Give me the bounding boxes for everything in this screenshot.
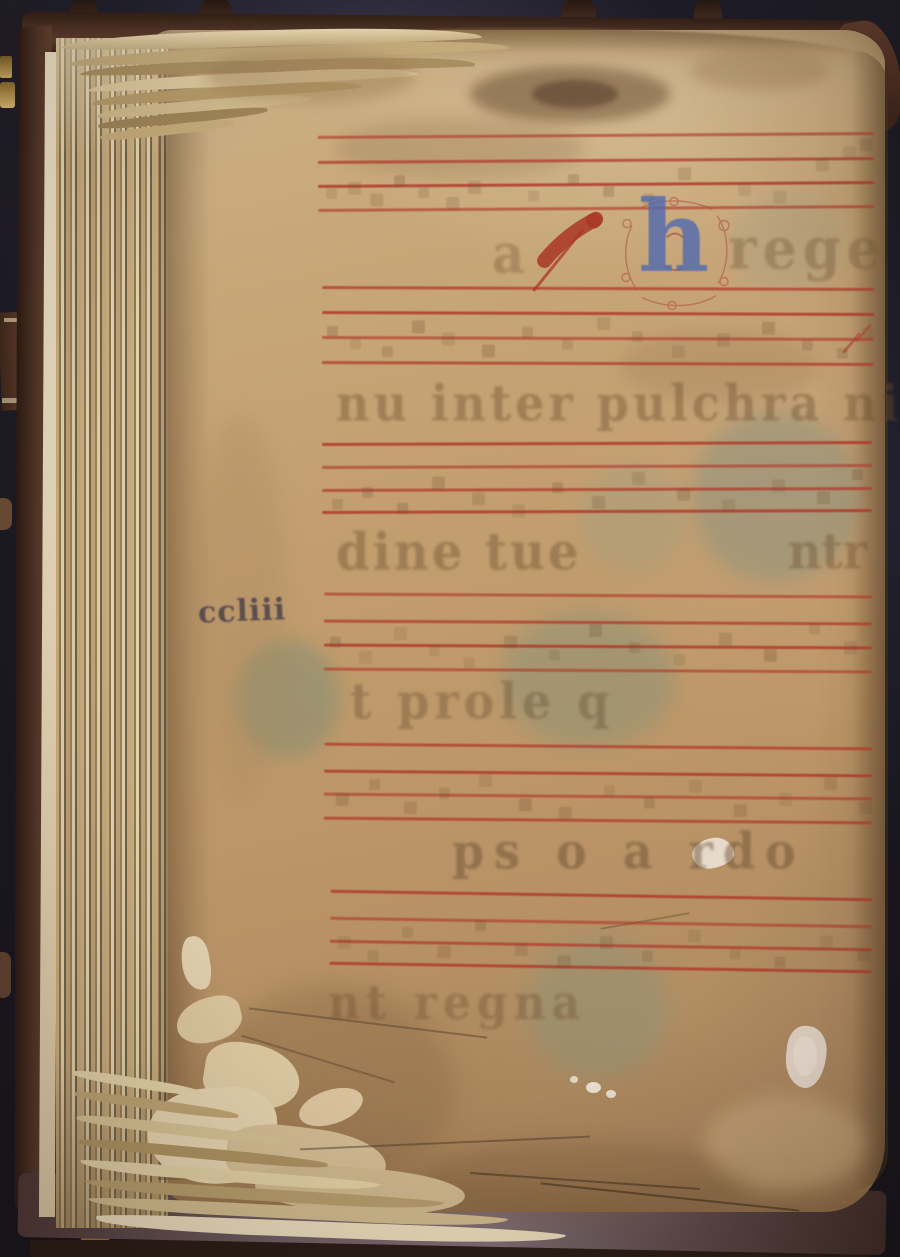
neume-note xyxy=(774,957,785,968)
staff-line xyxy=(322,336,874,341)
neume-note xyxy=(677,488,690,501)
neume-note xyxy=(817,491,830,504)
neume-note xyxy=(600,936,613,949)
neume-note xyxy=(330,637,341,648)
neume-note xyxy=(404,801,417,814)
staff-line xyxy=(318,132,874,138)
neume-note xyxy=(468,181,481,194)
marginal-folio-number: ccliii xyxy=(197,592,286,630)
neume-note xyxy=(843,146,856,159)
faded-chant-text: ps o a rdo xyxy=(452,822,806,880)
neume-note xyxy=(717,333,730,346)
faded-chant-text: ntr xyxy=(788,522,867,580)
neume-note xyxy=(764,649,777,662)
neume-note xyxy=(858,948,871,961)
neume-note xyxy=(338,936,351,949)
music-staff xyxy=(322,441,872,523)
music-staff-layer xyxy=(0,0,900,1257)
neume-note xyxy=(464,657,475,668)
neume-note xyxy=(326,188,337,199)
faded-chant-text: t prole q xyxy=(350,672,614,730)
neume-note xyxy=(438,945,451,958)
neume-note xyxy=(362,487,373,498)
neume-note xyxy=(512,504,525,517)
music-staff xyxy=(324,593,872,676)
neume-note xyxy=(559,807,572,820)
neume-note xyxy=(730,948,741,959)
neume-note xyxy=(642,951,653,962)
neume-note xyxy=(852,469,863,480)
neume-note xyxy=(394,175,405,186)
photograph-of-open-antiphonal: ccliii a h rege nu inter pulchra xyxy=(0,0,900,1257)
neume-note xyxy=(779,793,792,806)
neume-note xyxy=(824,777,837,790)
faded-chant-text: nt regna xyxy=(328,976,586,1031)
music-staff xyxy=(324,743,873,828)
neume-note xyxy=(722,500,735,513)
neume-note xyxy=(592,496,605,509)
neume-note xyxy=(674,654,685,665)
neume-note xyxy=(860,138,873,151)
neume-note xyxy=(402,927,413,938)
neume-note xyxy=(418,187,429,198)
neume-note xyxy=(719,633,732,646)
neume-note xyxy=(589,624,602,637)
neume-note xyxy=(762,322,775,335)
neume-note xyxy=(522,327,533,338)
neume-note xyxy=(802,340,813,351)
neume-note xyxy=(412,320,425,333)
neume-note xyxy=(552,482,563,493)
neume-note xyxy=(772,479,785,492)
staff-line xyxy=(318,157,874,163)
neume-note xyxy=(369,779,380,790)
neume-note xyxy=(332,499,343,510)
neume-note xyxy=(816,158,829,171)
neume-note xyxy=(397,503,408,514)
neume-note xyxy=(773,191,786,204)
neume-note xyxy=(809,623,820,634)
staff-line xyxy=(329,962,871,973)
neume-note xyxy=(629,642,640,653)
neume-note xyxy=(672,345,685,358)
faded-chant-text: rege xyxy=(728,213,887,282)
staff-line xyxy=(324,644,872,649)
neume-note xyxy=(632,331,643,342)
staff-line xyxy=(324,743,872,750)
neume-note xyxy=(820,935,833,948)
staff-line xyxy=(322,487,872,492)
staff-line xyxy=(324,593,872,598)
neume-note xyxy=(504,636,517,649)
neume-note xyxy=(528,190,539,201)
neume-note xyxy=(734,804,747,817)
neume-note xyxy=(439,788,450,799)
staff-line xyxy=(331,890,873,901)
neume-note xyxy=(688,929,701,942)
neume-note xyxy=(327,326,338,337)
neume-note xyxy=(370,193,383,206)
neume-note xyxy=(859,801,872,814)
neume-note xyxy=(562,339,573,350)
faded-chant-text: dine tue xyxy=(336,522,582,582)
staff-line xyxy=(322,441,872,446)
staff-line xyxy=(324,770,872,777)
faded-chant-text: nu inter pulchra ni xyxy=(336,374,900,432)
neume-note xyxy=(557,955,570,968)
neume-note xyxy=(348,182,361,195)
neume-note xyxy=(336,793,349,806)
neume-note xyxy=(472,492,485,505)
neume-note xyxy=(604,785,615,796)
neume-note xyxy=(350,338,361,349)
neume-note xyxy=(568,174,579,185)
neume-note xyxy=(368,950,379,961)
initial-letter-h: h xyxy=(638,180,709,295)
neume-note xyxy=(359,651,372,664)
neume-note xyxy=(442,332,455,345)
neume-note xyxy=(515,943,528,956)
neume-note xyxy=(678,167,691,180)
neume-note xyxy=(597,317,610,330)
neume-note xyxy=(446,197,459,210)
faded-chant-text: a xyxy=(492,222,524,286)
neume-note xyxy=(382,346,393,357)
neume-note xyxy=(475,920,486,931)
versicle-mark-glyph xyxy=(529,196,617,304)
neume-note xyxy=(632,472,645,485)
neume-note xyxy=(549,650,560,661)
neume-note xyxy=(644,797,655,808)
neume-note xyxy=(432,477,445,490)
neume-note xyxy=(689,780,702,793)
neume-note xyxy=(482,345,495,358)
staff-line xyxy=(322,464,872,469)
music-staff xyxy=(329,890,872,979)
neume-note xyxy=(429,645,440,656)
staff-line xyxy=(322,361,874,366)
neume-note xyxy=(479,774,492,787)
neume-note xyxy=(394,627,407,640)
illuminated-initial: h xyxy=(612,194,742,312)
red-versicle-mark xyxy=(529,196,617,304)
staff-line xyxy=(322,311,874,316)
neume-note xyxy=(844,641,857,654)
neume-note xyxy=(519,798,532,811)
